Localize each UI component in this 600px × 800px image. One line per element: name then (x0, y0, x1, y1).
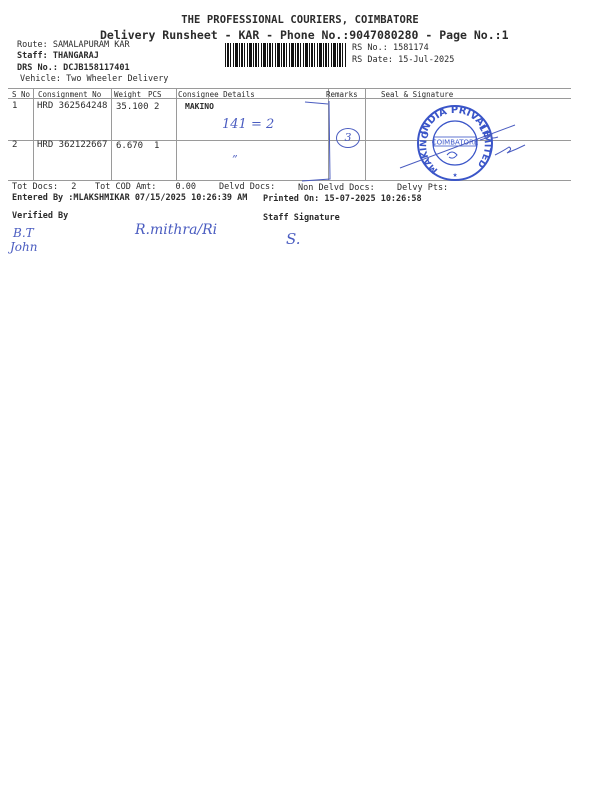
rs-number-value: 1581174 (393, 43, 429, 53)
route-label: Route: (17, 40, 48, 50)
drs-label: DRS No.: (17, 63, 58, 73)
vehicle-value: Two Wheeler Delivery (66, 74, 168, 84)
delvy-pts-label: Delvy Pts: (397, 183, 448, 193)
row-pcs: 1 (154, 141, 159, 151)
col-divider (365, 88, 366, 180)
verified-by-label: Verified By (12, 211, 68, 221)
col-header-consignee: Consignee Details (178, 90, 255, 99)
drs-line: DRS No.: DCJB158117401 (17, 63, 130, 73)
totals-line: Tot Docs: 2 (12, 182, 76, 192)
verifier-signature: B.T (13, 226, 34, 240)
company-title: THE PROFESSIONAL COURIERS, COIMBATORE (0, 14, 600, 26)
tot-docs-value: 2 (71, 182, 76, 192)
verifier-signature-2: John (10, 240, 38, 254)
col-header-sno: S No (12, 90, 30, 99)
drs-value: DCJB158117401 (63, 63, 130, 73)
row-weight: 35.100 (116, 102, 149, 112)
tot-cod-value: 0.00 (176, 182, 196, 192)
handwritten-note: 141 = 2 (222, 117, 274, 132)
entered-by: Entered By :MLAKSHMIKAR 07/15/2025 10:26… (12, 193, 247, 203)
col-header-seal: Seal & Signature (381, 90, 453, 99)
row-consignment: HRD 362122667 (37, 140, 107, 150)
rs-date-label: RS Date: (352, 55, 393, 65)
staff-label: Staff: (17, 51, 48, 61)
row-weight: 6.670 (116, 141, 143, 151)
row-sno: 1 (12, 101, 17, 111)
rs-number-label: RS No.: (352, 43, 388, 53)
runsheet-subtitle: Delivery Runsheet - KAR - Phone No.:9047… (100, 28, 509, 42)
non-delvd-docs-label: Non Delvd Docs: (298, 183, 375, 193)
row-sno: 2 (12, 140, 17, 150)
row-pcs: 2 (154, 102, 159, 112)
col-divider (111, 88, 112, 180)
row-consignee: MAKINO (185, 102, 214, 111)
seal-signature-strokes (395, 110, 545, 180)
vehicle-line: Vehicle: Two Wheeler Delivery (20, 74, 168, 84)
col-header-consignment: Consignment No (38, 90, 101, 99)
tot-cod-label: Tot COD Amt: (95, 182, 156, 192)
staff-value: THANGARAJ (53, 51, 99, 61)
col-divider (33, 88, 34, 180)
rs-number-line: RS No.: 1581174 (352, 43, 429, 53)
table-top-border (8, 88, 571, 89)
remark-pen-strokes (300, 95, 340, 185)
barcode (225, 43, 346, 67)
route-line: Route: SAMALAPURAM KAR (17, 40, 130, 50)
staff-signature-label: Staff Signature (263, 213, 340, 223)
col-divider (176, 88, 177, 180)
col-header-pcs: PCS (148, 90, 162, 99)
row-consignment: HRD 362564248 (37, 101, 107, 111)
route-value: SAMALAPURAM KAR (53, 40, 130, 50)
rs-date-value: 15-Jul-2025 (398, 55, 454, 65)
handwritten-ditto: ” (232, 153, 238, 166)
printed-on: Printed On: 15-07-2025 10:26:58 (263, 194, 422, 204)
rs-date-line: RS Date: 15-Jul-2025 (352, 55, 454, 65)
middle-signature: R.mithra/Ri (135, 222, 217, 238)
vehicle-label: Vehicle: (20, 74, 61, 84)
staff-line: Staff: THANGARAJ (17, 51, 99, 61)
col-header-weight: Weight (114, 90, 141, 99)
tot-cod-line: Tot COD Amt: 0.00 (95, 182, 196, 192)
staff-signature-mark: S. (286, 230, 301, 248)
tot-docs-label: Tot Docs: (12, 182, 58, 192)
delvd-docs-label: Delvd Docs: (219, 182, 275, 192)
